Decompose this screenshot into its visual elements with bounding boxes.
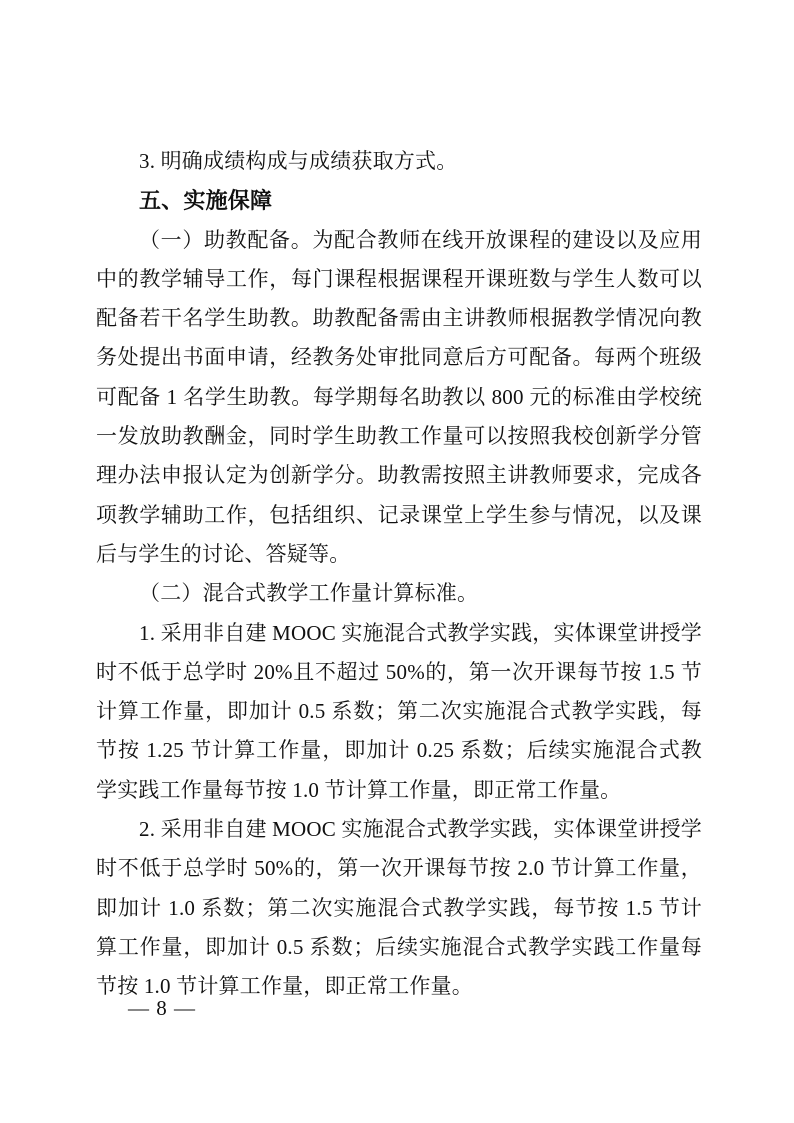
page-number: — 8 — xyxy=(128,993,196,1023)
text-line: 3. 明确成绩构成与成绩获取方式。 xyxy=(96,142,702,181)
text-line: 算工作量，即加计 0.5 系数；后续实施混合式教学实践工作量每 xyxy=(96,928,702,967)
text-line: 时不低于总学时 20%且不超过 50%的，第一次开课每节按 1.5 节 xyxy=(96,653,702,692)
section-heading: 五、实施保障 xyxy=(96,181,702,220)
text-line: 即加计 1.0 系数；第二次实施混合式教学实践，每节按 1.5 节计 xyxy=(96,889,702,928)
text-line: 理办法申报认定为创新学分。助教需按照主讲教师要求，完成各 xyxy=(96,456,702,495)
text-line: （一）助教配备。为配合教师在线开放课程的建设以及应用 xyxy=(96,221,702,260)
text-line: 学实践工作量每节按 1.0 节计算工作量，即正常工作量。 xyxy=(96,771,702,810)
text-line: 中的教学辅导工作，每门课程根据课程开课班数与学生人数可以 xyxy=(96,260,702,299)
text-line: （二）混合式教学工作量计算标准。 xyxy=(96,574,702,613)
document-page: 3. 明确成绩构成与成绩获取方式。五、实施保障（一）助教配备。为配合教师在线开放… xyxy=(0,0,794,1123)
text-line: 配备若干名学生助教。助教配备需由主讲教师根据教学情况向教 xyxy=(96,299,702,338)
text-line: 时不低于总学时 50%的，第一次开课每节按 2.0 节计算工作量， xyxy=(96,849,702,888)
text-line: 可配备 1 名学生助教。每学期每名助教以 800 元的标准由学校统 xyxy=(96,378,702,417)
text-line: 节按 1.25 节计算工作量，即加计 0.25 系数；后续实施混合式教 xyxy=(96,731,702,770)
document-text-block: 3. 明确成绩构成与成绩获取方式。五、实施保障（一）助教配备。为配合教师在线开放… xyxy=(96,142,702,1007)
text-line: 务处提出书面申请，经教务处审批同意后方可配备。每两个班级 xyxy=(96,338,702,377)
text-line: 一发放助教酬金，同时学生助教工作量可以按照我校创新学分管 xyxy=(96,417,702,456)
text-line: 2. 采用非自建 MOOC 实施混合式教学实践，实体课堂讲授学 xyxy=(96,810,702,849)
text-line: 项教学辅助工作，包括组织、记录课堂上学生参与情况，以及课 xyxy=(96,496,702,535)
text-line: 后与学生的讨论、答疑等。 xyxy=(96,535,702,574)
text-line: 计算工作量，即加计 0.5 系数；第二次实施混合式教学实践，每 xyxy=(96,692,702,731)
text-line: 1. 采用非自建 MOOC 实施混合式教学实践，实体课堂讲授学 xyxy=(96,614,702,653)
